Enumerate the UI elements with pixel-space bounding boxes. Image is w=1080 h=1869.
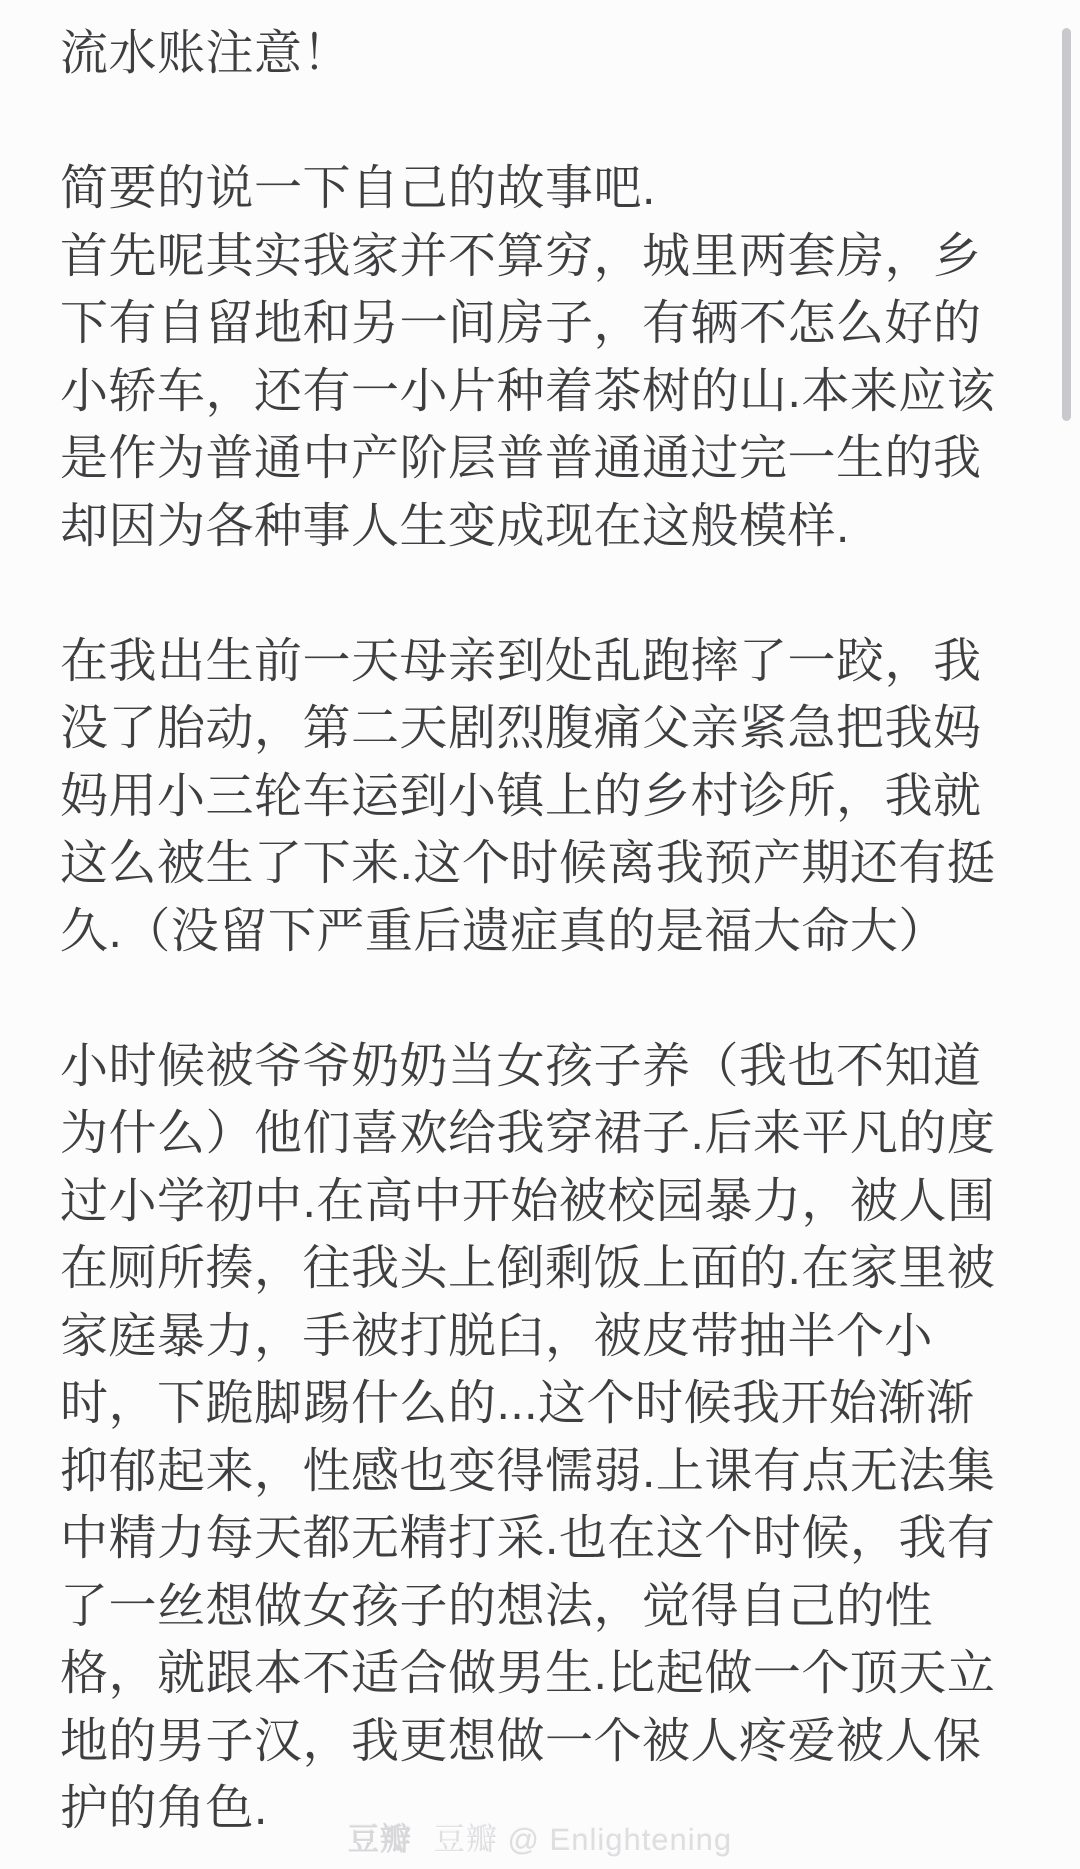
text-line: 家庭暴力，手被打脱臼，被皮带抽半个小 [60,1303,1028,1371]
text-line: 在我出生前一天母亲到处乱跑摔了一跤，我 [60,628,1028,696]
watermark-text: 豆瓣 @ Enlightening [434,1822,732,1857]
text-line: 过小学初中.在高中开始被校园暴力，被人围 [60,1168,1028,1236]
text-line: 这么被生了下来.这个时候离我预产期还有挺 [60,830,1028,898]
paragraph-intro: 简要的说一下自己的故事吧. 首先呢其实我家并不算穷，城里两套房，乡 下有自留地和… [60,155,1028,560]
post-title: 流水账注意！ [60,20,1028,88]
paragraph-childhood: 小时候被爷爷奶奶当女孩子养（我也不知道 为什么）他们喜欢给我穿裙子.后来平凡的度… [60,1033,1028,1843]
douban-logo: 豆瓣 [348,1822,412,1857]
paragraph-birth: 在我出生前一天母亲到处乱跑摔了一跤，我 没了胎动，第二天剧烈腹痛父亲紧急把我妈 … [60,628,1028,966]
text-line: 抑郁起来，性感也变得懦弱.上课有点无法集 [60,1438,1028,1506]
text-line: 妈用小三轮车运到小镇上的乡村诊所，我就 [60,763,1028,831]
text-line: 久.（没留下严重后遗症真的是福大命大） [60,898,1028,966]
text-line: 没了胎动，第二天剧烈腹痛父亲紧急把我妈 [60,695,1028,763]
post-body: 流水账注意！ 简要的说一下自己的故事吧. 首先呢其实我家并不算穷，城里两套房，乡… [60,20,1028,1843]
text-line: 小时候被爷爷奶奶当女孩子养（我也不知道 [60,1033,1028,1101]
post-screenshot: { "page": { "background_color": "#fcfcfc… [0,0,1080,1869]
text-line: 格，就跟本不适合做男生.比起做一个顶天立 [60,1640,1028,1708]
text-line: 简要的说一下自己的故事吧. [60,155,1028,223]
watermark: 豆瓣豆瓣 @ Enlightening [0,1822,1080,1858]
text-line: 为什么）他们喜欢给我穿裙子.后来平凡的度 [60,1100,1028,1168]
text-line: 下有自留地和另一间房子，有辆不怎么好的 [60,290,1028,358]
text-line: 小轿车，还有一小片种着茶树的山.本来应该 [60,358,1028,426]
text-line: 是作为普通中产阶层普普通通过完一生的我 [60,425,1028,493]
text-line: 在厕所揍，往我头上倒剩饭上面的.在家里被 [60,1235,1028,1303]
text-line: 时，下跪脚踢什么的...这个时候我开始渐渐 [60,1370,1028,1438]
text-line: 首先呢其实我家并不算穷，城里两套房，乡 [60,223,1028,291]
text-line: 中精力每天都无精打采.也在这个时候，我有 [60,1505,1028,1573]
text-line: 却因为各种事人生变成现在这般模样. [60,493,1028,561]
text-line: 地的男子汉，我更想做一个被人疼爱被人保 [60,1708,1028,1776]
scrollbar-thumb[interactable] [1062,28,1071,421]
text-line: 了一丝想做女孩子的想法，觉得自己的性 [60,1573,1028,1641]
post-title-block: 流水账注意！ [60,20,1028,88]
